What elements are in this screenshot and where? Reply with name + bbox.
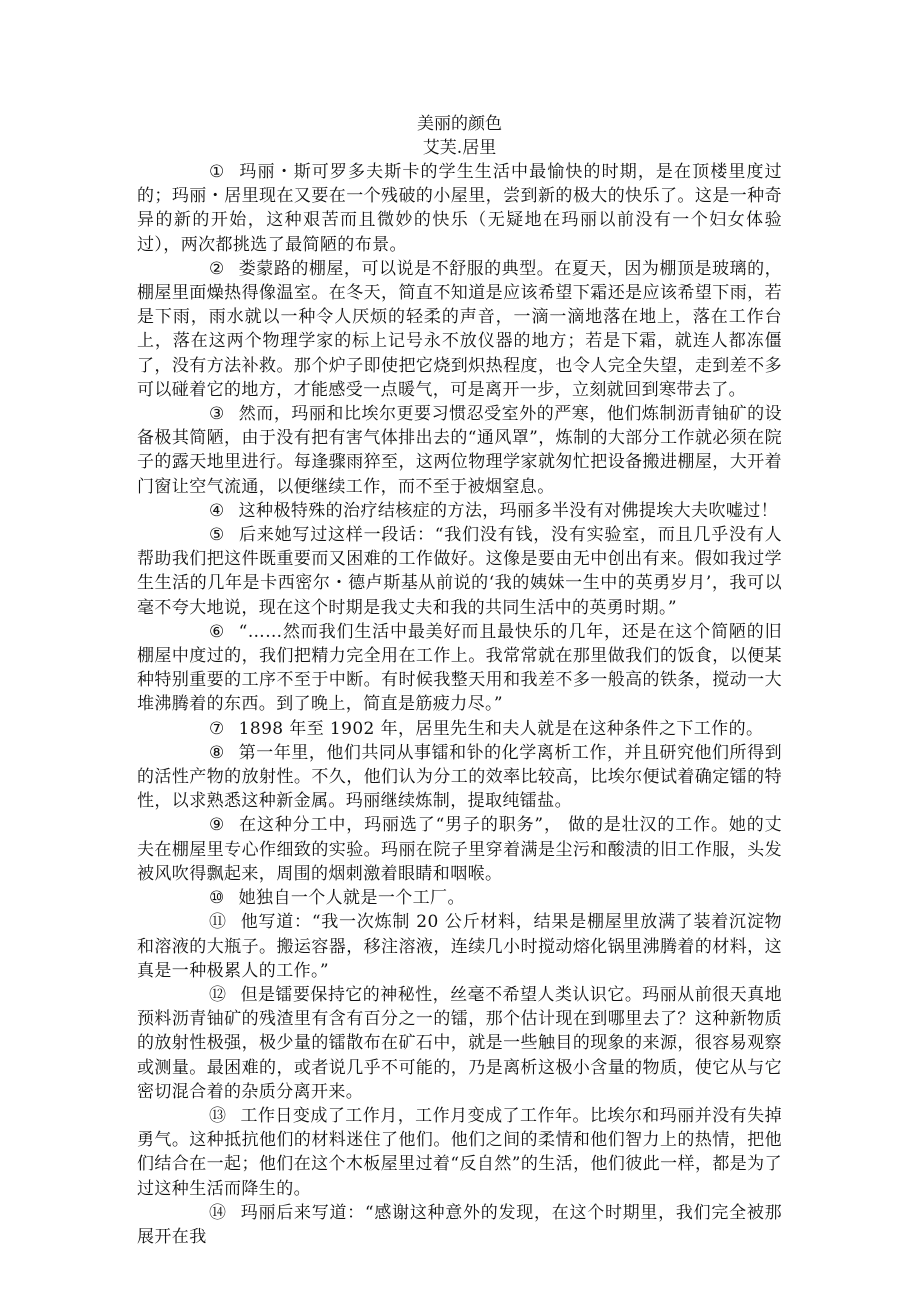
paragraph-1: ①玛丽・斯可罗多夫斯卡的学生生活中最愉快的时期，是在顶楼里度过的；玛丽・居里现在… (137, 160, 782, 257)
paragraph-number: ① (173, 160, 225, 184)
paragraph-number: ⑧ (173, 741, 225, 765)
paragraph-number: ⑪ (173, 910, 226, 934)
paragraph-9: ⑨在这种分工中，玛丽选了“男子的职务”， 做的是壮汉的工作。她的丈夫在棚屋里专心… (137, 813, 782, 886)
paragraph-number: ③ (173, 402, 225, 426)
paragraph-text: 在这种分工中，玛丽选了“男子的职务”， 做的是壮汉的工作。她的丈夫在棚屋里专心作… (137, 815, 782, 883)
paragraph-4: ④这种极特殊的治疗结核症的方法，玛丽多半没有对佛提埃大夫吹嘘过！ (137, 499, 782, 523)
paragraph-number: ④ (173, 499, 225, 523)
paragraph-text: 玛丽后来写道：“感谢这种意外的发现，在这个时期里，我们完全被那展开在我 (137, 1203, 782, 1247)
paragraph-number: ⑤ (173, 523, 225, 547)
paragraph-text: 后来她写过这样一段话：“我们没有钱，没有实验室，而且几乎没有人帮助我们把这件既重… (137, 525, 782, 618)
paragraph-3: ③然而，玛丽和比埃尔更要习惯忍受室外的严寒，他们炼制沥青铀矿的设备极其简陋，由于… (137, 402, 782, 499)
paragraph-number: ⑬ (173, 1104, 226, 1128)
paragraph-text: 这种极特殊的治疗结核症的方法，玛丽多半没有对佛提埃大夫吹嘘过！ (239, 501, 778, 521)
paragraph-number: ⑩ (173, 886, 225, 910)
paragraph-number: ⑭ (173, 1201, 226, 1225)
paragraph-text: “……然而我们生活中最美好而且最快乐的几年，还是在这个简陋的旧棚屋中度过的，我们… (137, 622, 782, 715)
paragraph-2: ②娄蒙路的棚屋，可以说是不舒服的典型。在夏天，因为棚顶是玻璃的，棚屋里面燥热得像… (137, 257, 782, 402)
paragraph-text: 1898 年至 1902 年，居里先生和夫人就是在这种条件之下工作的。 (239, 719, 764, 739)
paragraph-text: 娄蒙路的棚屋，可以说是不舒服的典型。在夏天，因为棚顶是玻璃的，棚屋里面燥热得像温… (137, 259, 782, 400)
paragraph-number: ② (173, 257, 225, 281)
paragraph-5: ⑤后来她写过这样一段话：“我们没有钱，没有实验室，而且几乎没有人帮助我们把这件既… (137, 523, 782, 620)
paragraph-text: 但是镭要保持它的神秘性，丝毫不希望人类认识它。玛丽从前很天真地预料沥青铀矿的残渣… (137, 985, 782, 1102)
paragraph-12: ⑫但是镭要保持它的神秘性，丝毫不希望人类认识它。玛丽从前很天真地预料沥青铀矿的残… (137, 983, 782, 1104)
paragraph-14: ⑭玛丽后来写道：“感谢这种意外的发现，在这个时期里，我们完全被那展开在我 (137, 1201, 782, 1249)
paragraph-number: ⑨ (173, 813, 225, 837)
paragraph-6: ⑥“……然而我们生活中最美好而且最快乐的几年，还是在这个简陋的旧棚屋中度过的，我… (137, 620, 782, 717)
paragraph-text: 然而，玛丽和比埃尔更要习惯忍受室外的严寒，他们炼制沥青铀矿的设备极其简陋，由于没… (137, 404, 782, 497)
paragraph-text: 第一年里，他们共同从事镭和钋的化学离析工作，并且研究他们所得到的活性产物的放射性… (137, 743, 782, 811)
document-title: 美丽的颜色 (137, 112, 782, 136)
paragraph-text: 玛丽・斯可罗多夫斯卡的学生生活中最愉快的时期，是在顶楼里度过的；玛丽・居里现在又… (137, 162, 782, 255)
paragraph-7: ⑦1898 年至 1902 年，居里先生和夫人就是在这种条件之下工作的。 (137, 717, 782, 741)
paragraph-text: 他写道：“我一次炼制 20 公斤材料，结果是棚屋里放满了装着沉淀物和溶液的大瓶子… (137, 912, 782, 980)
document-page: 美丽的颜色 艾芙.居里 ①玛丽・斯可罗多夫斯卡的学生生活中最愉快的时期，是在顶楼… (137, 112, 782, 1249)
document-author: 艾芙.居里 (137, 136, 782, 160)
paragraph-number: ⑫ (173, 983, 226, 1007)
paragraph-10: ⑩她独自一个人就是一个工厂。 (137, 886, 782, 910)
paragraph-number: ⑦ (173, 717, 225, 741)
paragraph-text: 她独自一个人就是一个工厂。 (239, 888, 465, 908)
paragraph-number: ⑥ (173, 620, 225, 644)
paragraph-8: ⑧第一年里，他们共同从事镭和钋的化学离析工作，并且研究他们所得到的活性产物的放射… (137, 741, 782, 814)
paragraph-11: ⑪他写道：“我一次炼制 20 公斤材料，结果是棚屋里放满了装着沉淀物和溶液的大瓶… (137, 910, 782, 983)
paragraph-text: 工作日变成了工作月，工作月变成了工作年。比埃尔和玛丽并没有失掉勇气。这种抵抗他们… (137, 1106, 782, 1199)
paragraph-13: ⑬工作日变成了工作月，工作月变成了工作年。比埃尔和玛丽并没有失掉勇气。这种抵抗他… (137, 1104, 782, 1201)
